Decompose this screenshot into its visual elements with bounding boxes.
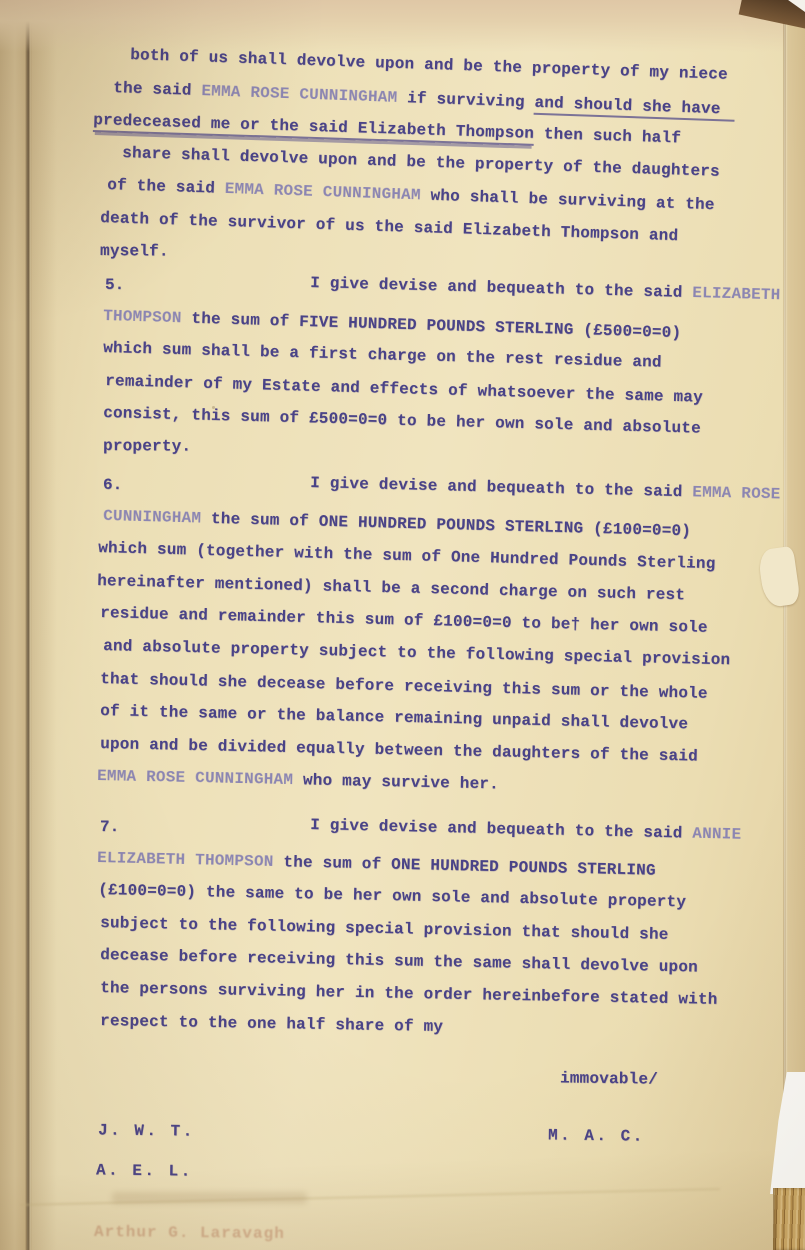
text-segment: if surviving xyxy=(397,89,535,112)
faded-caps-text: CUNNINGHAM xyxy=(103,507,201,528)
clause-5: 5. I give devise and bequeath to the sai… xyxy=(0,274,805,470)
faded-caps-text: ANNIE xyxy=(692,825,741,844)
catchword: immovable/ xyxy=(560,1069,658,1088)
text-line: I give devise and bequeath to the said A… xyxy=(310,816,805,860)
text-segment: then such half xyxy=(534,125,682,148)
clause-number: 6. xyxy=(103,476,122,494)
initials-right: M. A. C. xyxy=(548,1126,645,1145)
text-segment: the said xyxy=(113,79,202,100)
faded-caps-text: ELIZABETH THOMPSON xyxy=(97,849,274,871)
scanned-will-page: both of us shall devolve upon and be the… xyxy=(0,0,805,1250)
text-segment: of the said xyxy=(107,176,225,198)
text-line: I give devise and bequeath to the said E… xyxy=(310,274,805,320)
text-segment: I give devise and bequeath to the said xyxy=(310,474,693,501)
clause-7: 7. I give devise and bequeath to the sai… xyxy=(0,816,805,1044)
faded-caps-text: THOMPSON xyxy=(103,307,182,327)
text-segment: the sum of ONE HUNDRED POUNDS STERLING xyxy=(273,853,656,880)
text-segment: I give devise and bequeath to the said xyxy=(310,816,693,843)
faded-caps-text: ELIZABETH xyxy=(692,284,781,304)
bleedthrough-text: Arthur G. Laravagh xyxy=(94,1223,285,1243)
typewritten-text-layer: both of us shall devolve upon and be the… xyxy=(0,0,805,1250)
text-segment: I give devise and bequeath to the said xyxy=(310,274,693,302)
text-segment: both of us shall devolve upon and be the… xyxy=(130,46,728,84)
text-segment: myself. xyxy=(100,242,169,261)
text-segment: property. xyxy=(103,437,191,456)
text-line: property. xyxy=(103,437,805,474)
faded-caps-text: EMMA ROSE CUNNINGHAM xyxy=(97,767,293,789)
clause-number: 7. xyxy=(100,818,119,836)
text-segment: who may survive her. xyxy=(293,771,499,793)
intro-paragraph: both of us shall devolve upon and be the… xyxy=(0,46,805,274)
clause-number: 5. xyxy=(105,276,124,294)
initials-left-top: J. W. T. xyxy=(98,1121,195,1140)
faded-caps-text: EMMA ROSE xyxy=(692,483,781,503)
text-line: I give devise and bequeath to the said E… xyxy=(310,474,805,519)
initials-left-bottom: A. E. L. xyxy=(96,1161,193,1180)
clause-6: 6. I give devise and bequeath to the sai… xyxy=(0,474,805,800)
